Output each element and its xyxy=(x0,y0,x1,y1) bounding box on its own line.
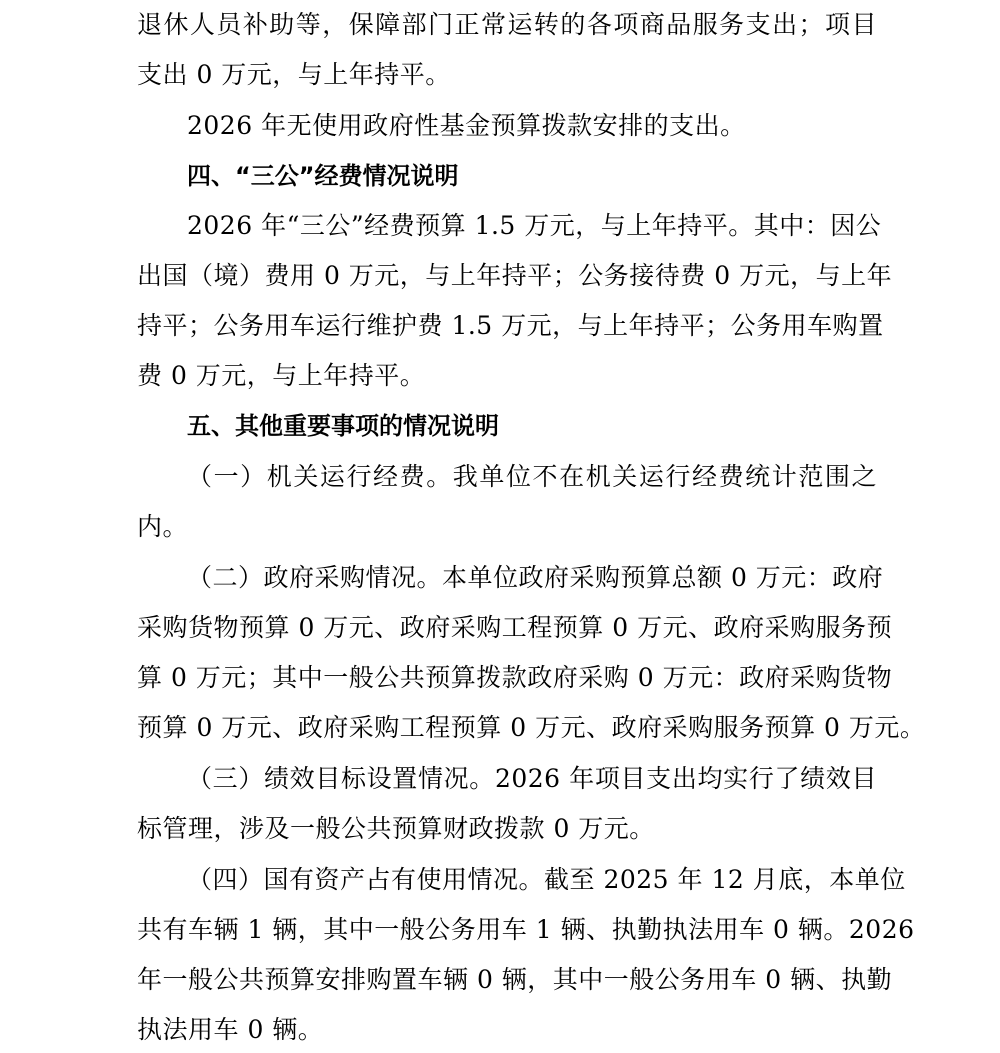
paragraph-three-public-line-3: 持平；公务用车运行维护费 1.5 万元，与上年持平；公务用车购置 xyxy=(137,301,877,351)
paragraph-state-assets-line-3: 年一般公共预算安排购置车辆 0 辆，其中一般公务用车 0 辆、执勤 xyxy=(137,955,877,1005)
paragraph-procurement-line-3: 算 0 万元；其中一般公共预算拨款政府采购 0 万元：政府采购货物 xyxy=(137,653,877,703)
paragraph-operating-expenses-line-2: 内。 xyxy=(137,502,877,552)
paragraph-performance-goals-line-2: 标管理，涉及一般公共预算财政拨款 0 万元。 xyxy=(137,804,877,854)
paragraph-gov-fund-budget: 2026 年无使用政府性基金预算拨款安排的支出。 xyxy=(187,101,877,151)
paragraph-procurement-line-4: 预算 0 万元、政府采购工程预算 0 万元、政府采购服务预算 0 万元。 xyxy=(137,703,892,753)
paragraph-three-public-line-2: 出国（境）费用 0 万元，与上年持平；公务接待费 0 万元，与上年 xyxy=(137,251,877,301)
document-page: 退休人员补助等，保障部门正常运转的各项商品服务支出；项目 支出 0 万元，与上年… xyxy=(0,0,1000,1053)
paragraph-project-expense-line-1: 退休人员补助等，保障部门正常运转的各项商品服务支出；项目 xyxy=(137,0,877,50)
paragraph-procurement-line-2: 采购货物预算 0 万元、政府采购工程预算 0 万元、政府采购服务预 xyxy=(137,603,877,653)
section-heading-other-matters: 五、其他重要事项的情况说明 xyxy=(187,401,877,451)
paragraph-state-assets-line-1: （四）国有资产占有使用情况。截至 2025 年 12 月底，本单位 xyxy=(187,855,877,905)
paragraph-procurement-line-1: （二）政府采购情况。本单位政府采购预算总额 0 万元：政府 xyxy=(187,553,877,603)
paragraph-three-public-line-1: 2026 年“三公”经费预算 1.5 万元，与上年持平。其中：因公 xyxy=(187,201,877,251)
section-heading-three-public-expenses: 四、“三公”经费情况说明 xyxy=(187,151,877,201)
paragraph-performance-goals-line-1: （三）绩效目标设置情况。2026 年项目支出均实行了绩效目 xyxy=(187,754,877,804)
paragraph-operating-expenses-line-1: （一）机关运行经费。我单位不在机关运行经费统计范围之 xyxy=(187,452,877,502)
paragraph-three-public-line-4: 费 0 万元，与上年持平。 xyxy=(137,351,877,401)
paragraph-project-expense-line-2: 支出 0 万元，与上年持平。 xyxy=(137,50,877,100)
paragraph-state-assets-line-2: 共有车辆 1 辆，其中一般公务用车 1 辆、执勤执法用车 0 辆。2026 xyxy=(137,905,877,955)
paragraph-state-assets-line-4: 执法用车 0 辆。 xyxy=(137,1005,877,1053)
